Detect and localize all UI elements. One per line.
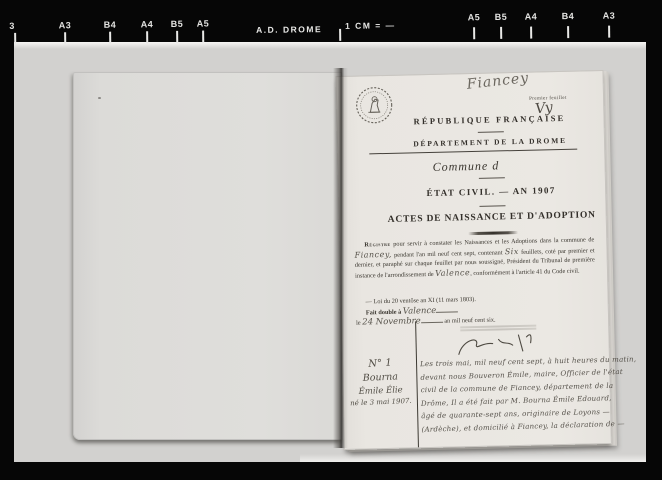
divider-rule [479, 205, 505, 207]
ruler-tick [567, 26, 569, 38]
ruler-tick [608, 26, 610, 38]
ruler-label: A4 [141, 19, 154, 29]
ruler-label: B5 [171, 19, 184, 29]
ornament-rule [468, 231, 518, 235]
commune-line: Commune d [432, 158, 499, 175]
title-republique: RÉPUBLIQUE FRANÇAISE [377, 112, 601, 127]
horizontal-rule [369, 149, 577, 155]
act-margin-firstnames: Émile Élie [346, 385, 416, 398]
act-margin-surname: Bourna [363, 371, 399, 383]
ruler-tick [500, 27, 502, 39]
backing-bottom-glow [300, 454, 646, 462]
ruler-tick [176, 31, 178, 43]
fait-double-label: Fait double à [366, 309, 401, 317]
ruler-tick [14, 33, 16, 45]
right-page: Fiancey Premier feuillet Vy RÉPUBLIQUE F… [336, 70, 612, 450]
microfilm-scan: 3 A3 B4 A4 B5 A5 A5 B5 A4 B4 A3 A.D. DRO… [0, 0, 662, 480]
ruler-label: B5 [495, 12, 508, 22]
title-actes: ACTES DE NAISSANCE ET D'ADOPTION [380, 210, 604, 225]
registre-lead: Régistre [364, 241, 390, 249]
fill-dash [421, 317, 443, 323]
date-label-year: an mil neuf cent six. [444, 317, 495, 325]
registre-paragraph: Régistre pour servir à constater les Nai… [354, 235, 595, 280]
scale-label: 1 CM = — [345, 20, 396, 31]
ruler-tick [64, 32, 66, 44]
handwritten-commune: Fiancey, [354, 249, 391, 259]
film-border-bottom [0, 462, 662, 480]
law-reference-line: — Loi du 20 ventôse an XI (11 mars 1803)… [366, 296, 476, 306]
ruler-label: A5 [197, 18, 210, 28]
handwritten-feuillets-count: Six [505, 246, 519, 255]
calibration-bar: 3 A3 B4 A4 B5 A5 A5 B5 A4 B4 A3 A.D. DRO… [0, 0, 662, 42]
book-binding-shadow [333, 68, 348, 448]
ruler-label: 3 [9, 21, 15, 31]
ruler-tick [146, 31, 148, 43]
ruler-label: B4 [104, 20, 117, 30]
ruler-tick [473, 27, 475, 39]
ruler-tick [530, 27, 532, 39]
handwritten-date: 24 Novembre [362, 316, 421, 327]
left-page-blank [73, 72, 342, 440]
ruler-tick [339, 29, 341, 41]
registre-text: , conformément à l'article 41 du Code ci… [470, 267, 580, 276]
registre-text: pendant l'an mil neuf cent sept, contena… [394, 249, 503, 258]
act-margin-birthdate: né le 3 mai 1907. [346, 397, 416, 408]
title-etat-civil: ÉTAT CIVIL. — AN 1907 [379, 184, 603, 199]
film-border-left [0, 0, 14, 480]
ruler-label: A3 [603, 11, 616, 21]
film-border-right [646, 0, 662, 480]
ruler-label: B4 [562, 11, 575, 21]
ruler-tick [202, 31, 204, 43]
act-body-column: Les trois mai, mil neuf cent sept, à hui… [420, 353, 606, 435]
fill-dash [436, 306, 458, 312]
calibration-bar-content: 3 A3 B4 A4 B5 A5 A5 B5 A4 B4 A3 A.D. DRO… [0, 0, 662, 46]
ruler-label: A3 [59, 20, 72, 30]
ruler-label: A4 [525, 11, 538, 21]
margin-separator-rule [415, 321, 419, 447]
act-number: N° 1 [368, 357, 392, 369]
ruler-label: A5 [468, 12, 481, 22]
registre-text: pour servir à constater les Naissances e… [393, 236, 594, 248]
date-label-le: le [356, 320, 361, 327]
title-departement: DÉPARTEMENT DE LA DROME [378, 135, 602, 149]
ruler-tick [109, 32, 111, 44]
handwritten-city: Valence [435, 268, 470, 278]
dust-speck [98, 97, 101, 99]
act-margin-column: N° 1 Bourna Émile Élie né le 3 mai 1907. [345, 357, 416, 407]
handwritten-commune-annotation: Fiancey [466, 70, 530, 93]
divider-rule [478, 131, 504, 133]
archive-label: A.D. DROME [256, 24, 322, 35]
divider-rule [479, 177, 505, 179]
